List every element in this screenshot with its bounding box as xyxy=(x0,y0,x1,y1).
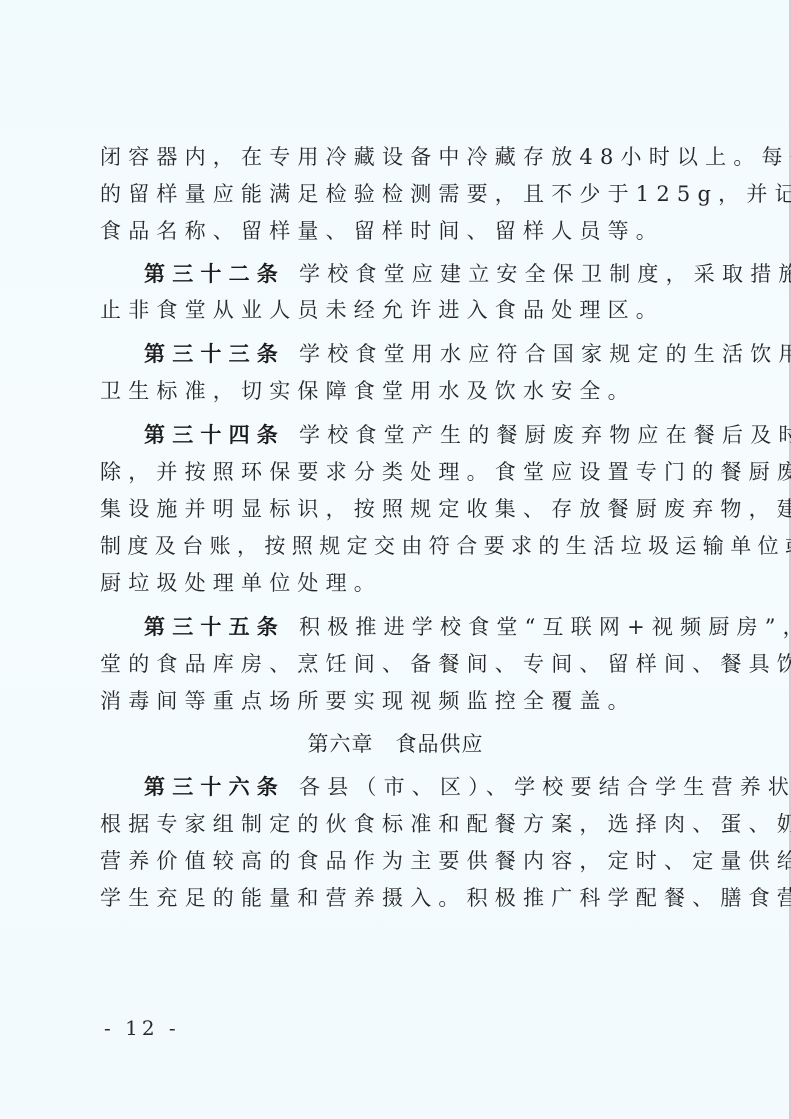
article-36-label: 第三十六条 xyxy=(144,775,285,799)
article-33-text: 学校食堂用水应符合国家规定的生活饮用水 xyxy=(299,342,791,366)
article-34-first-line: 第三十四条学校食堂产生的餐厨废弃物应在餐后及时清 xyxy=(144,420,744,450)
article-35-line: 堂的食品库房、烹饪间、备餐间、专间、留样间、餐具饮具清洗 xyxy=(100,649,700,679)
article-34-line: 除，并按照环保要求分类处理。食堂应设置专门的餐厨废弃物收 xyxy=(100,457,700,487)
paragraph-continuation-line: 的留样量应能满足检验检测需要，且不少于125g，并记录留样 xyxy=(100,179,700,209)
article-33-line: 卫生标准，切实保障食堂用水及饮水安全。 xyxy=(100,376,700,406)
article-34-line: 集设施并明显标识，按照规定收集、存放餐厨废弃物，建立相关 xyxy=(100,494,700,524)
paragraph-continuation-line: 闭容器内，在专用冷藏设备中冷藏存放48小时以上。每个品种 xyxy=(100,142,700,172)
article-35-text: 积极推进学校食堂“互联网+视频厨房”，食 xyxy=(299,615,791,639)
article-36-line: 营养价值较高的食品作为主要供餐内容，定时、定量供给，保证 xyxy=(100,846,700,876)
article-36-line: 学生充足的能量和营养摄入。积极推广科学配餐、膳食营养等理 xyxy=(100,883,700,913)
article-36-text: 各县（市、区）、学校要结合学生营养状况， xyxy=(299,775,791,799)
document-page: 闭容器内，在专用冷藏设备中冷藏存放48小时以上。每个品种 的留样量应能满足检验检… xyxy=(0,0,791,1119)
article-35-first-line: 第三十五条积极推进学校食堂“互联网+视频厨房”，食 xyxy=(144,612,744,642)
article-35-label: 第三十五条 xyxy=(144,615,285,639)
article-34-label: 第三十四条 xyxy=(144,423,285,447)
article-32-text: 学校食堂应建立安全保卫制度，采取措施，禁 xyxy=(299,262,791,286)
chapter-heading: 第六章食品供应 xyxy=(0,729,791,759)
chapter-title: 食品供应 xyxy=(396,732,484,756)
article-34-line: 厨垃圾处理单位处理。 xyxy=(100,568,700,598)
article-33-first-line: 第三十三条学校食堂用水应符合国家规定的生活饮用水 xyxy=(144,339,744,369)
paragraph-continuation-line: 食品名称、留样量、留样时间、留样人员等。 xyxy=(100,216,700,246)
article-36-first-line: 第三十六条各县（市、区）、学校要结合学生营养状况， xyxy=(144,772,744,802)
chapter-number: 第六章 xyxy=(308,732,374,756)
article-34-text: 学校食堂产生的餐厨废弃物应在餐后及时清 xyxy=(299,423,791,447)
article-32-first-line: 第三十二条学校食堂应建立安全保卫制度，采取措施，禁 xyxy=(144,259,744,289)
article-36-line: 根据专家组制定的伙食标准和配餐方案，选择肉、蛋、奶和其他 xyxy=(100,809,700,839)
article-35-line: 消毒间等重点场所要实现视频监控全覆盖。 xyxy=(100,686,700,716)
article-32-line: 止非食堂从业人员未经允许进入食品处理区。 xyxy=(100,295,700,325)
article-33-label: 第三十三条 xyxy=(144,342,285,366)
page-number: - 12 - xyxy=(104,1013,180,1043)
article-34-line: 制度及台账，按照规定交由符合要求的生活垃圾运输单位或者餐 xyxy=(100,531,700,561)
article-32-label: 第三十二条 xyxy=(144,262,285,286)
